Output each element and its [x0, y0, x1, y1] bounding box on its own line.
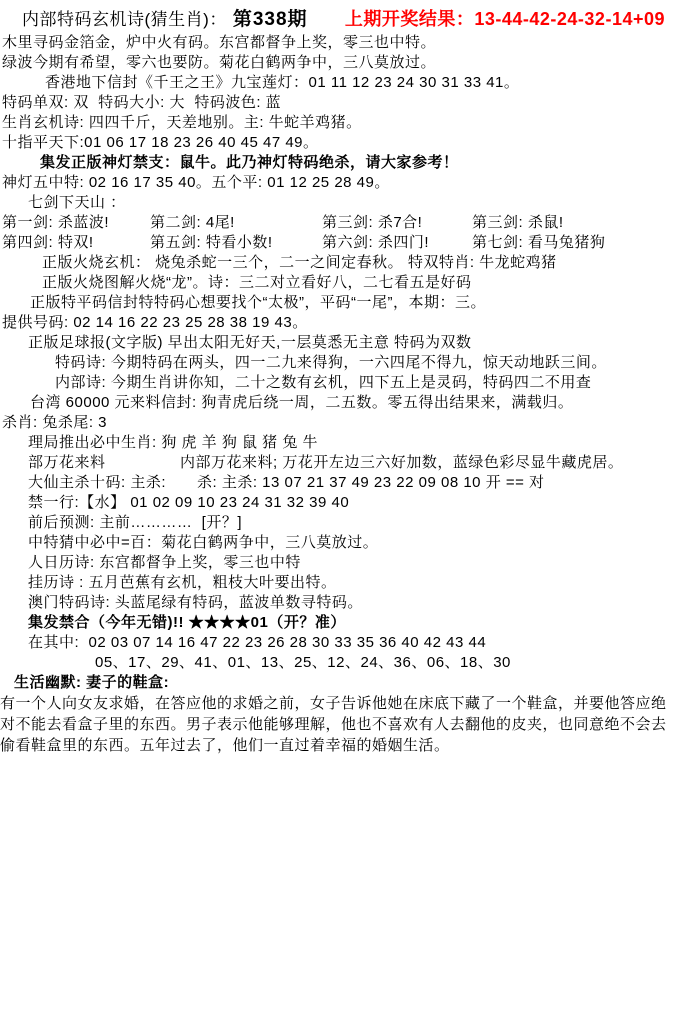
line-humor-title: 生活幽默: 妻子的鞋盒:: [0, 673, 675, 693]
page-title: 内部特码玄机诗(猜生肖)：: [22, 6, 227, 34]
sword-6: 第六剑: 杀四门!: [322, 233, 472, 253]
line-among-them: 在其中: 02 03 07 14 16 47 22 23 26 28 30 33…: [0, 633, 675, 653]
sword-4: 第四剑: 特双!: [2, 233, 150, 253]
line-seven-swords-title: 七剑下天山 ：: [0, 193, 675, 213]
line-jin-yi-hang: 禁一行:【水】 01 02 09 10 23 24 31 32 39 40: [0, 493, 675, 513]
line-sha-xiao: 杀肖: 兔杀尾: 3: [0, 413, 675, 433]
header-row: 内部特码玄机诗(猜生肖)： 第338期 上期开奖结果：13-44-42-24-3…: [0, 5, 675, 33]
line-ren-rili: 人日历诗: 东宫都督争上奖，零三也中特: [0, 553, 675, 573]
last-draw-result-label: 上期开奖结果：: [345, 9, 475, 29]
line-ten-fingers: 十指平天下:01 06 17 18 23 26 40 45 47 49。: [0, 133, 675, 153]
line-liju-zodiac: 理局推出必中生肖: 狗 虎 羊 狗 鼠 猪 兔 牛: [0, 433, 675, 453]
line-huoshao1: 正版火烧玄机： 烧兔杀蛇一三个，二一之间定春秋。 特双特肖: 牛龙蛇鸡猪: [0, 253, 675, 273]
line-numbers-provided: 提供号码: 02 14 16 22 23 25 28 38 19 43。: [0, 313, 675, 333]
line-wanhua: 部万花来料 内部万花来料; 万花开左边三六好加数，蓝绿色彩尽显牛藏虎居。: [0, 453, 675, 473]
line-zhongte-bai: 中特猜中必中=百：菊花白鹤两争中，三八莫放过。: [0, 533, 675, 553]
line-huoshao2: 正版火烧图解火烧“龙”。诗：三二对立看好八，二七看五是好码: [0, 273, 675, 293]
wanhua-text: 内部万花来料; 万花开左边三六好加数，蓝绿色彩尽显牛藏虎居。: [180, 453, 675, 473]
issue-number: 第338期: [233, 6, 308, 34]
line-daxian-kill: 大仙主杀十码: 主杀: 杀: 主杀: 13 07 21 37 49 23 22 …: [0, 473, 675, 493]
last-draw-result: 上期开奖结果：13-44-42-24-32-14+09: [345, 5, 665, 33]
sword-2: 第二剑: 4尾!: [150, 213, 322, 233]
last-draw-result-numbers: 13-44-42-24-32-14+09: [474, 9, 665, 29]
line-hk-envelope: 香港地下信封《千王之王》九宝莲灯：01 11 12 23 24 30 31 33…: [0, 73, 675, 93]
line-qianhou-forecast: 前后预测: 主前………… [开？]: [0, 513, 675, 533]
line-guali-poem: 挂历诗 : 五月芭蕉有玄机，粗枝大叶要出特。: [0, 573, 675, 593]
line-among-them-row2: 05、17、29、41、01、13、25、12、24、36、06、18、30: [0, 653, 675, 673]
line-aomen-poem: 澳门特码诗: 头蓝尾绿有特码，蓝波单数寻特码。: [0, 593, 675, 613]
line-shendeng-ban: 集发正版神灯禁支：鼠牛。此乃神灯特码绝杀，请大家参考！: [0, 153, 675, 173]
line-tepingma: 正版特平码信封特特码心想要找个“太极”，平码“一尾”，本期：三。: [0, 293, 675, 313]
sword-3: 第三剑: 杀7合!: [322, 213, 472, 233]
sword-row-2: 第四剑: 特双! 第五剑: 特看小数! 第六剑: 杀四门! 第七剑: 看马兔猪狗: [0, 233, 675, 253]
line-football-paper: 正版足球报(文字版) 早出太阳无好天,一层莫悉无主意 特码为双数: [0, 333, 675, 353]
sword-row-1: 第一剑: 杀蓝波! 第二剑: 4尾! 第三剑: 杀7合! 第三剑: 杀鼠!: [0, 213, 675, 233]
sword-1: 第一剑: 杀蓝波!: [2, 213, 150, 233]
line-neibu-poem: 内部诗: 今期生肖讲你知，二十之数有玄机，四下五上是灵码，特码四二不用查: [0, 373, 675, 393]
line-poem1: 木里寻码金箔金，炉中火有码。东宫都督争上奖，零三也中特。: [0, 33, 675, 53]
line-taiwan-envelope: 台湾 60000 元来料信封: 狗青虎后绕一周，二五数。零五得出结果来，满载归。: [0, 393, 675, 413]
sword-5: 第五剑: 特看小数!: [150, 233, 322, 253]
tip-sheet: 内部特码玄机诗(猜生肖)： 第338期 上期开奖结果：13-44-42-24-3…: [0, 0, 675, 756]
humor-story: 有一个人向女友求婚，在答应他的求婚之前，女子告诉他她在床底下藏了一个鞋盒，并要他…: [0, 693, 675, 756]
line-poem2: 绿波今期有希望，零六也要防。菊花白鹤两争中，三八莫放过。: [0, 53, 675, 73]
line-attributes: 特码单双: 双 特码大小: 大 特码波色: 蓝: [0, 93, 675, 113]
line-tema-poem: 特码诗: 今期特码在两头，四一二九来得狗，一六四尾不得九，惊天动地跃三间。: [0, 353, 675, 373]
line-shendeng-five: 神灯五中特: 02 16 17 35 40。五个平: 01 12 25 28 4…: [0, 173, 675, 193]
line-zodiac-poem: 生肖玄机诗: 四四千斤，天差地别。主: 牛蛇羊鸡猪。: [0, 113, 675, 133]
sword-3b: 第三剑: 杀鼠!: [472, 213, 675, 233]
sword-7: 第七剑: 看马兔猪狗: [472, 233, 675, 253]
line-jifa-jinhe: 集发禁合（今年无错)!! ★★★★01（开？准）: [0, 613, 675, 633]
wanhua-label: 部万花来料: [28, 453, 180, 473]
